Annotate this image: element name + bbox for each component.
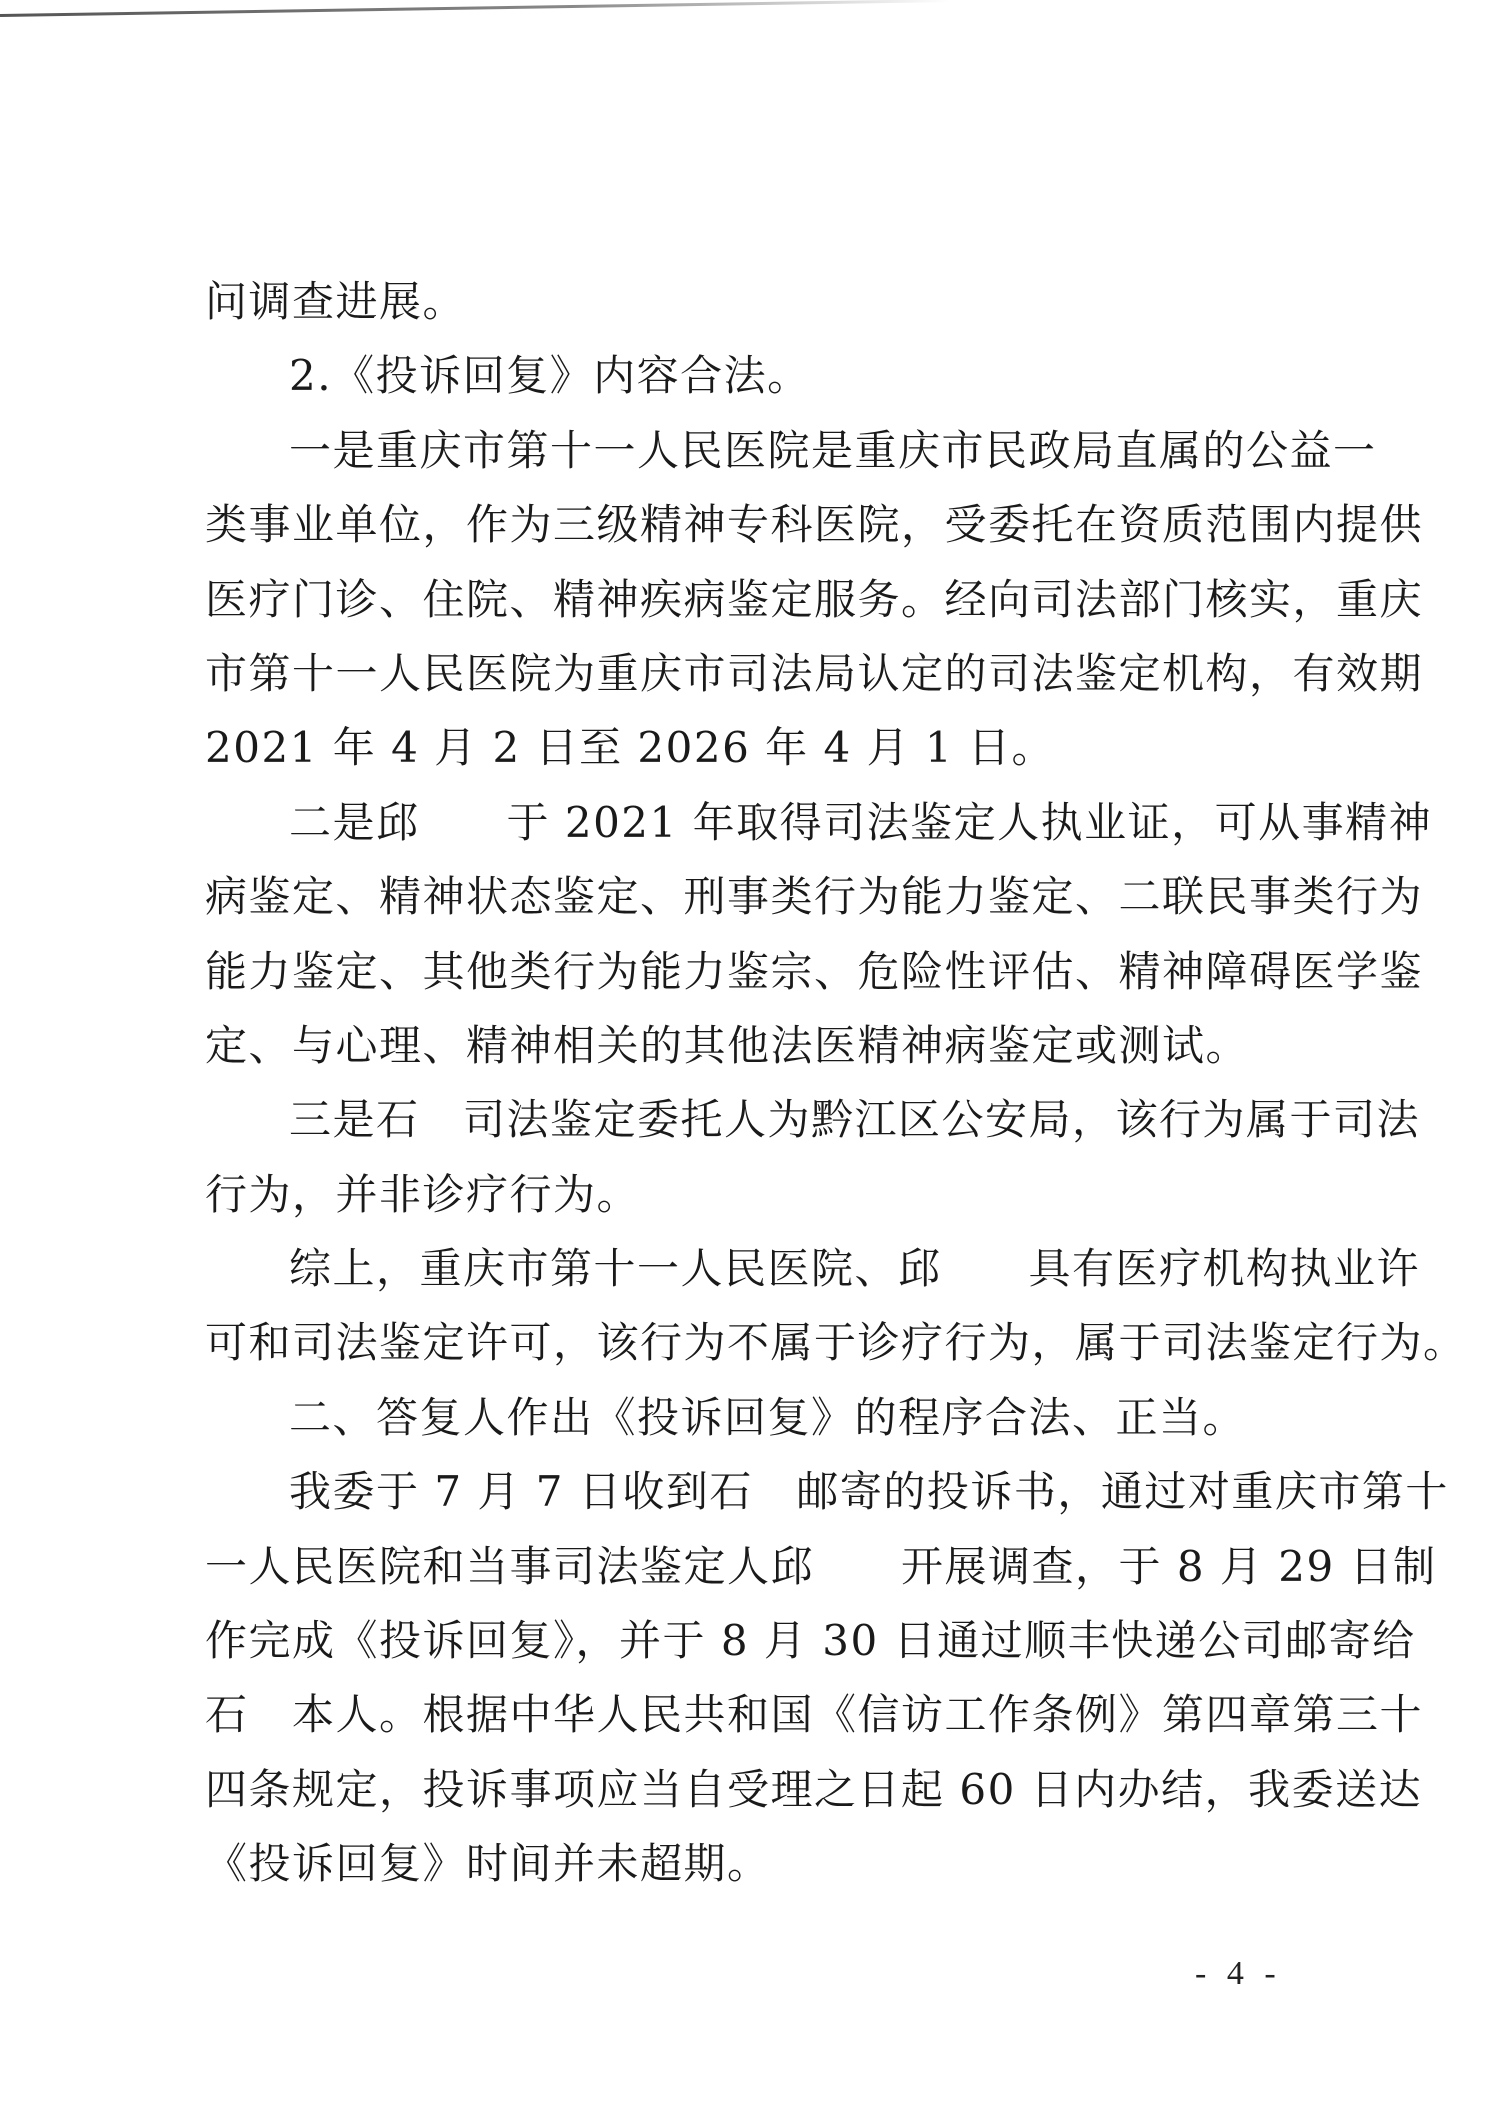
text-line: 《投诉回复》时间并未超期。 (205, 1836, 1300, 1910)
text-line: 我委于 7 月 7 日收到石 邮寄的投诉书，通过对重庆市第十 (205, 1464, 1300, 1538)
text-line: 可和司法鉴定许可，该行为不属于诊疗行为，属于司法鉴定行为。 (205, 1315, 1300, 1389)
text-line: 医疗门诊、住院、精神疾病鉴定服务。经向司法部门核实，重庆 (205, 572, 1300, 646)
scan-edge-line (0, 0, 950, 17)
section-heading: 2.《投诉回复》内容合法。 (205, 348, 1300, 422)
text-line: 能力鉴定、其他类行为能力鉴宗、危险性评估、精神障碍医学鉴 (205, 944, 1300, 1018)
text-line: 问调查进展。 (205, 274, 1300, 348)
section-heading: 二、答复人作出《投诉回复》的程序合法、正当。 (205, 1390, 1300, 1464)
text-line: 行为，并非诊疗行为。 (205, 1167, 1300, 1241)
text-line: 二是邱 于 2021 年取得司法鉴定人执业证，可从事精神 (205, 795, 1300, 869)
page-number: - 4 - (1195, 1955, 1282, 1993)
text-line: 作完成《投诉回复》，并于 8 月 30 日通过顺丰快递公司邮寄给 (205, 1613, 1300, 1687)
text-line: 一人民医院和当事司法鉴定人邱 开展调查，于 8 月 29 日制 (205, 1539, 1300, 1613)
text-line: 综上，重庆市第十一人民医院、邱 具有医疗机构执业许 (205, 1241, 1300, 1315)
document-body: 问调查进展。 2.《投诉回复》内容合法。 一是重庆市第十一人民医院是重庆市民政局… (205, 274, 1300, 1911)
text-line: 石 本人。根据中华人民共和国《信访工作条例》第四章第三十 (205, 1687, 1300, 1761)
text-line: 一是重庆市第十一人民医院是重庆市民政局直属的公益一 (205, 423, 1300, 497)
text-line: 三是石 司法鉴定委托人为黔江区公安局，该行为属于司法 (205, 1092, 1300, 1166)
text-line: 四条规定，投诉事项应当自受理之日起 60 日内办结，我委送达 (205, 1762, 1300, 1836)
text-line: 病鉴定、精神状态鉴定、刑事类行为能力鉴定、二联民事类行为 (205, 869, 1300, 943)
text-line: 定、与心理、精神相关的其他法医精神病鉴定或测试。 (205, 1018, 1300, 1092)
text-line: 类事业单位，作为三级精神专科医院，受委托在资质范围内提供 (205, 497, 1300, 571)
text-line: 2021 年 4 月 2 日至 2026 年 4 月 1 日。 (205, 720, 1300, 794)
text-line: 市第十一人民医院为重庆市司法局认定的司法鉴定机构，有效期 (205, 646, 1300, 720)
